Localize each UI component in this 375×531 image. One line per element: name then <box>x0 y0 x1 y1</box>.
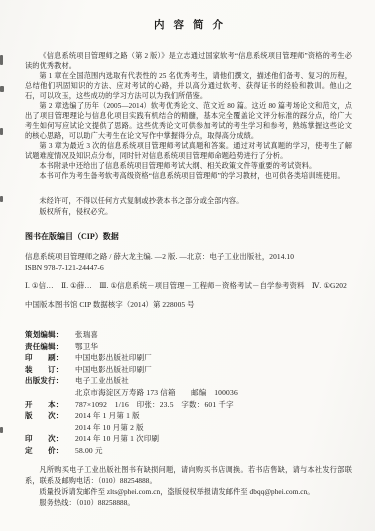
colophon-label: 开 本： <box>25 399 75 411</box>
colophon-label: 出版发行： <box>25 375 75 387</box>
colophon-row-format: 开 本： 787×1092 1/16 印张：23.5 字数：601 千字 <box>25 399 352 411</box>
colophon-row-responsible-editor: 责任编辑： 鄂卫华 <box>25 341 352 353</box>
colophon-value: 2014 年 10 月第 2 版 <box>75 422 352 434</box>
scan-artifact <box>0 196 3 202</box>
intro-paragraph: 第 2 章选编了历年（2005—2014）软考优秀论文、范文近 80 篇。这近 … <box>25 101 352 141</box>
colophon-value: 中国电影出版社印刷厂 <box>75 364 352 376</box>
content-summary-section: 《信息系统项目管理师之路（第 2 版）》是立志通过国家软考“信息系统项目管理师”… <box>25 51 352 181</box>
intro-paragraph: 第 1 章在全国范围内选取有代表性的 25 名优秀考生，请他们撰文，描述他们备考… <box>25 71 352 101</box>
colophon-row-printer: 印 刷： 中国电影出版社印刷厂 <box>25 352 352 364</box>
colophon-label: 印 次： <box>25 433 75 445</box>
colophon-value: 787×1092 1/16 印张：23.5 字数：601 千字 <box>75 399 352 411</box>
colophon-value: 电子工业出版社 <box>75 375 352 387</box>
scan-artifact <box>0 427 3 433</box>
colophon-label: 定 价： <box>25 445 75 457</box>
colophon-row-impression: 印 次： 2014 年 10 月第 1 次印刷 <box>25 433 352 445</box>
cip-header: 图书在版编目（CIP）数据 <box>25 231 352 242</box>
scan-artifact <box>0 128 3 135</box>
colophon-section: 策划编辑： 张瑞喜 责任编辑： 鄂卫华 印 刷： 中国电影出版社印刷厂 装 订：… <box>25 329 352 457</box>
cip-catalog-number-line: 中国版本图书馆 CIP 数据核字（2014）第 228005 号 <box>25 299 352 310</box>
footer-paragraph-complaints: 质量投诉请发邮件至 zlts@phei.com.cn，盗版侵权举报请发邮件至 d… <box>25 487 352 498</box>
scan-artifact <box>0 86 4 92</box>
colophon-label <box>25 387 75 399</box>
colophon-row-publisher-address: 北京市海淀区万寿路 173 信箱 邮编 100036 <box>25 387 352 399</box>
colophon-label: 策划编辑： <box>25 329 75 341</box>
intro-paragraph: 第 3 章为最近 3 次的信息系统项目管理师考试真题和答案。通过对考试真题的学习… <box>25 141 352 161</box>
colophon-value: 北京市海淀区万寿路 173 信箱 邮编 100036 <box>75 387 352 399</box>
intro-paragraph: 《信息系统项目管理师之路（第 2 版）》是立志通过国家软考“信息系统项目管理师”… <box>25 51 352 71</box>
colophon-value: 2014 年 10 月第 1 次印刷 <box>75 433 352 445</box>
cip-data-block: 信息系统项目管理师之路 / 薛大龙主编. —2 版. —北京：电子工业出版社，2… <box>25 251 352 310</box>
footer-paragraph-hotline: 服务热线：（010）88258888。 <box>25 498 352 509</box>
colophon-label <box>25 422 75 434</box>
scan-artifact <box>0 55 3 65</box>
colophon-row-price: 定 价： 58.00 元 <box>25 445 352 457</box>
isbn-line: ISBN 978-7-121-24447-6 <box>25 262 352 273</box>
colophon-row-edition-2: 2014 年 10 月第 2 版 <box>25 422 352 434</box>
colophon-label: 印 刷： <box>25 352 75 364</box>
copyright-notice-line: 版权所有，侵权必究。 <box>25 207 352 218</box>
colophon-value: 58.00 元 <box>75 445 352 457</box>
colophon-label: 版 次： <box>25 410 75 422</box>
colophon-value: 鄂卫华 <box>75 341 352 353</box>
colophon-row-publisher: 出版发行： 电子工业出版社 <box>25 375 352 387</box>
service-notes-section: 凡所购买电子工业出版社图书有缺损问题，请向购买书店调换。若书店售缺，请与本社发行… <box>25 465 352 509</box>
copyright-notice: 未经许可，不得以任何方式复制或抄袭本书之部分或全部内容。 版权所有，侵权必究。 <box>25 196 352 217</box>
colophon-row-edition: 版 次： 2014 年 1 月第 1 版 <box>25 410 352 422</box>
colophon-row-planning-editor: 策划编辑： 张瑞喜 <box>25 329 352 341</box>
cip-record-line: 信息系统项目管理师之路 / 薛大龙主编. —2 版. —北京：电子工业出版社，2… <box>25 251 352 262</box>
footer-paragraph-exchange: 凡所购买电子工业出版社图书有缺损问题，请向购买书店调换。若书店售缺，请与本社发行… <box>25 465 352 487</box>
colophon-label: 装 订： <box>25 364 75 376</box>
page-title: 内容简介 <box>25 17 352 32</box>
cip-classification-line: Ⅰ. ①信… Ⅱ. ①薛… Ⅲ. ①信息系统－项目管理－工程师－资格考试－自学参… <box>25 280 352 291</box>
intro-paragraph: 本书附录中还给出了信息系统项目管理师考试大纲、相关政策文件等重要的考试资料。 <box>25 161 352 171</box>
colophon-value: 中国电影出版社印刷厂 <box>75 352 352 364</box>
colophon-value: 2014 年 1 月第 1 版 <box>75 410 352 422</box>
colophon-value: 张瑞喜 <box>75 329 352 341</box>
book-copyright-page: 内容简介 《信息系统项目管理师之路（第 2 版）》是立志通过国家软考“信息系统项… <box>0 0 375 531</box>
colophon-row-binder: 装 订： 中国电影出版社印刷厂 <box>25 364 352 376</box>
colophon-label: 责任编辑： <box>25 341 75 353</box>
intro-paragraph: 本书可作为考生备考软考高级资格“信息系统项目管理师”的学习教材，也可供各类培训班… <box>25 171 352 181</box>
copyright-notice-line: 未经许可，不得以任何方式复制或抄袭本书之部分或全部内容。 <box>25 196 352 207</box>
